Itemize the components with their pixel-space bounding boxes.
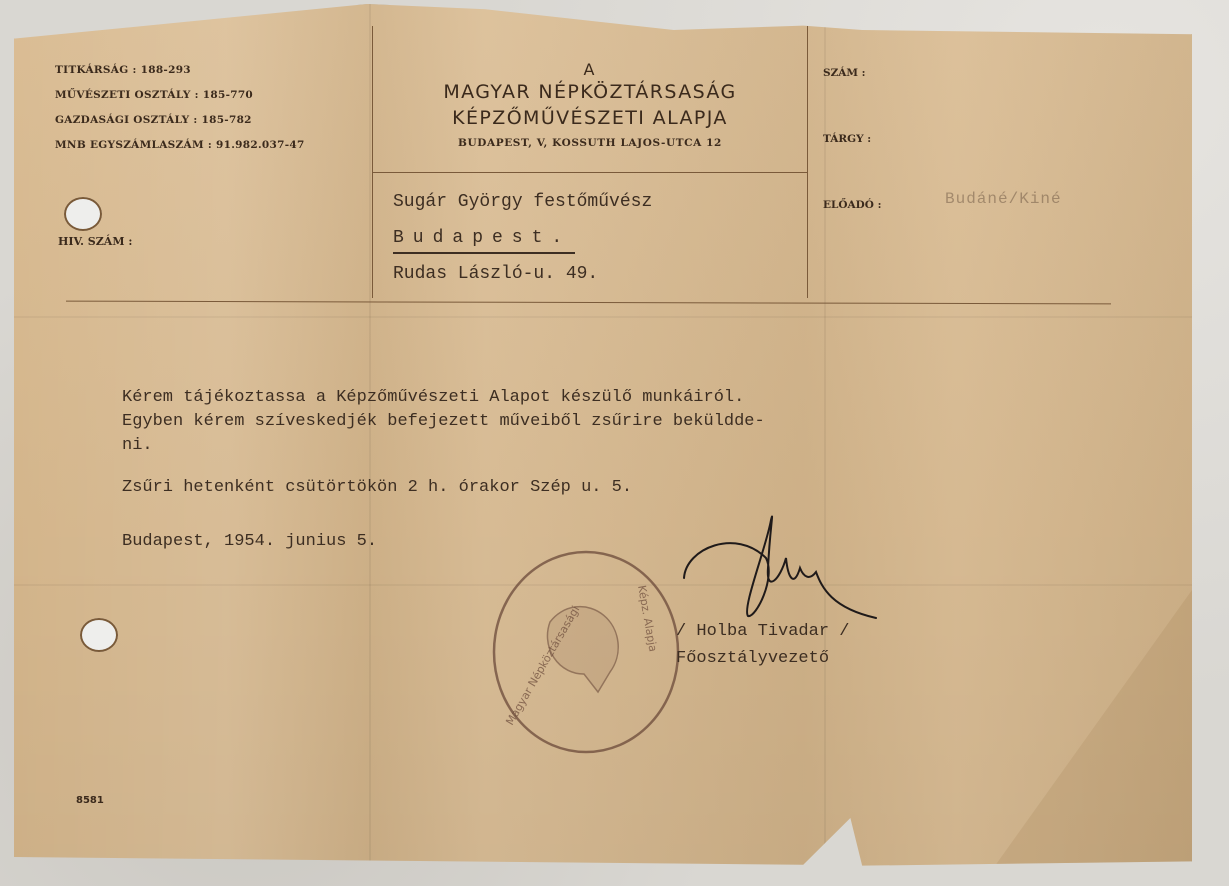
eloado-label: ELŐADÓ : — [823, 199, 881, 211]
targy-label: TÁRGY : — [823, 133, 871, 145]
org-article: A — [373, 60, 807, 79]
svg-text:Képz. Alapja: Képz. Alapja — [635, 584, 659, 653]
signatory-title: Főosztályvezető — [676, 645, 849, 672]
letter-date: Budapest, 1954. junius 5. — [122, 532, 377, 551]
folded-corner — [992, 590, 1192, 870]
punch-hole-bottom — [80, 618, 118, 652]
addressee-city: Budapest. — [393, 224, 575, 254]
contact-row-titkarsag: TITKÁRSÁG : 188-293 — [55, 58, 305, 83]
form-code: 8581 — [76, 795, 104, 806]
org-address: BUDAPEST, V, KOSSUTH LAJOS-UTCA 12 — [373, 137, 807, 149]
signatory-name: / Holba Tivadar / — [676, 618, 849, 645]
contact-row-gazdasagi: GAZDASÁGI OSZTÁLY : 185-782 — [55, 108, 305, 133]
signatory-block: / Holba Tivadar /Főosztályvezető — [676, 618, 849, 672]
punch-hole-top — [64, 197, 102, 231]
body-paragraph-1: Kérem tájékoztassa a Képzőművészeti Alap… — [122, 386, 765, 458]
organization-header: A MAGYAR NÉPKÖZTÁRSASÁG KÉPZŐMŰVÉSZETI A… — [373, 60, 807, 149]
letterhead-box: A MAGYAR NÉPKÖZTÁRSASÁG KÉPZŐMŰVÉSZETI A… — [372, 26, 808, 298]
handwritten-signature-icon — [676, 508, 916, 628]
contact-row-muveszeti: MŰVÉSZETI OSZTÁLY : 185-770 — [55, 83, 305, 108]
header-divider — [373, 172, 807, 173]
fold-line — [14, 316, 1192, 318]
contact-row-mnb: MNB EGYSZÁMLASZÁM : 91.982.037-47 — [55, 133, 305, 158]
hiv-szam-label: HIV. SZÁM : — [58, 235, 132, 248]
official-stamp-icon: Magyar Népköztársasági Képz. Alapja — [488, 546, 684, 758]
szam-label: SZÁM : — [823, 67, 866, 79]
eloado-value: Budáné/Kiné — [945, 190, 1062, 208]
org-name-line2: KÉPZŐMŰVÉSZETI ALAPJA — [373, 105, 807, 131]
body-paragraph-2: Zsűri hetenként csütörtökön 2 h. órakor … — [122, 478, 632, 497]
addressee-name: Sugár György festőművész — [393, 184, 652, 220]
org-name-line1: MAGYAR NÉPKÖZTÁRSASÁG — [373, 79, 807, 105]
contact-info-block: TITKÁRSÁG : 188-293 MŰVÉSZETI OSZTÁLY : … — [55, 58, 305, 158]
addressee-block: Sugár György festőművész Budapest. Rudas… — [393, 184, 652, 292]
addressee-street: Rudas László-u. 49. — [393, 256, 652, 292]
